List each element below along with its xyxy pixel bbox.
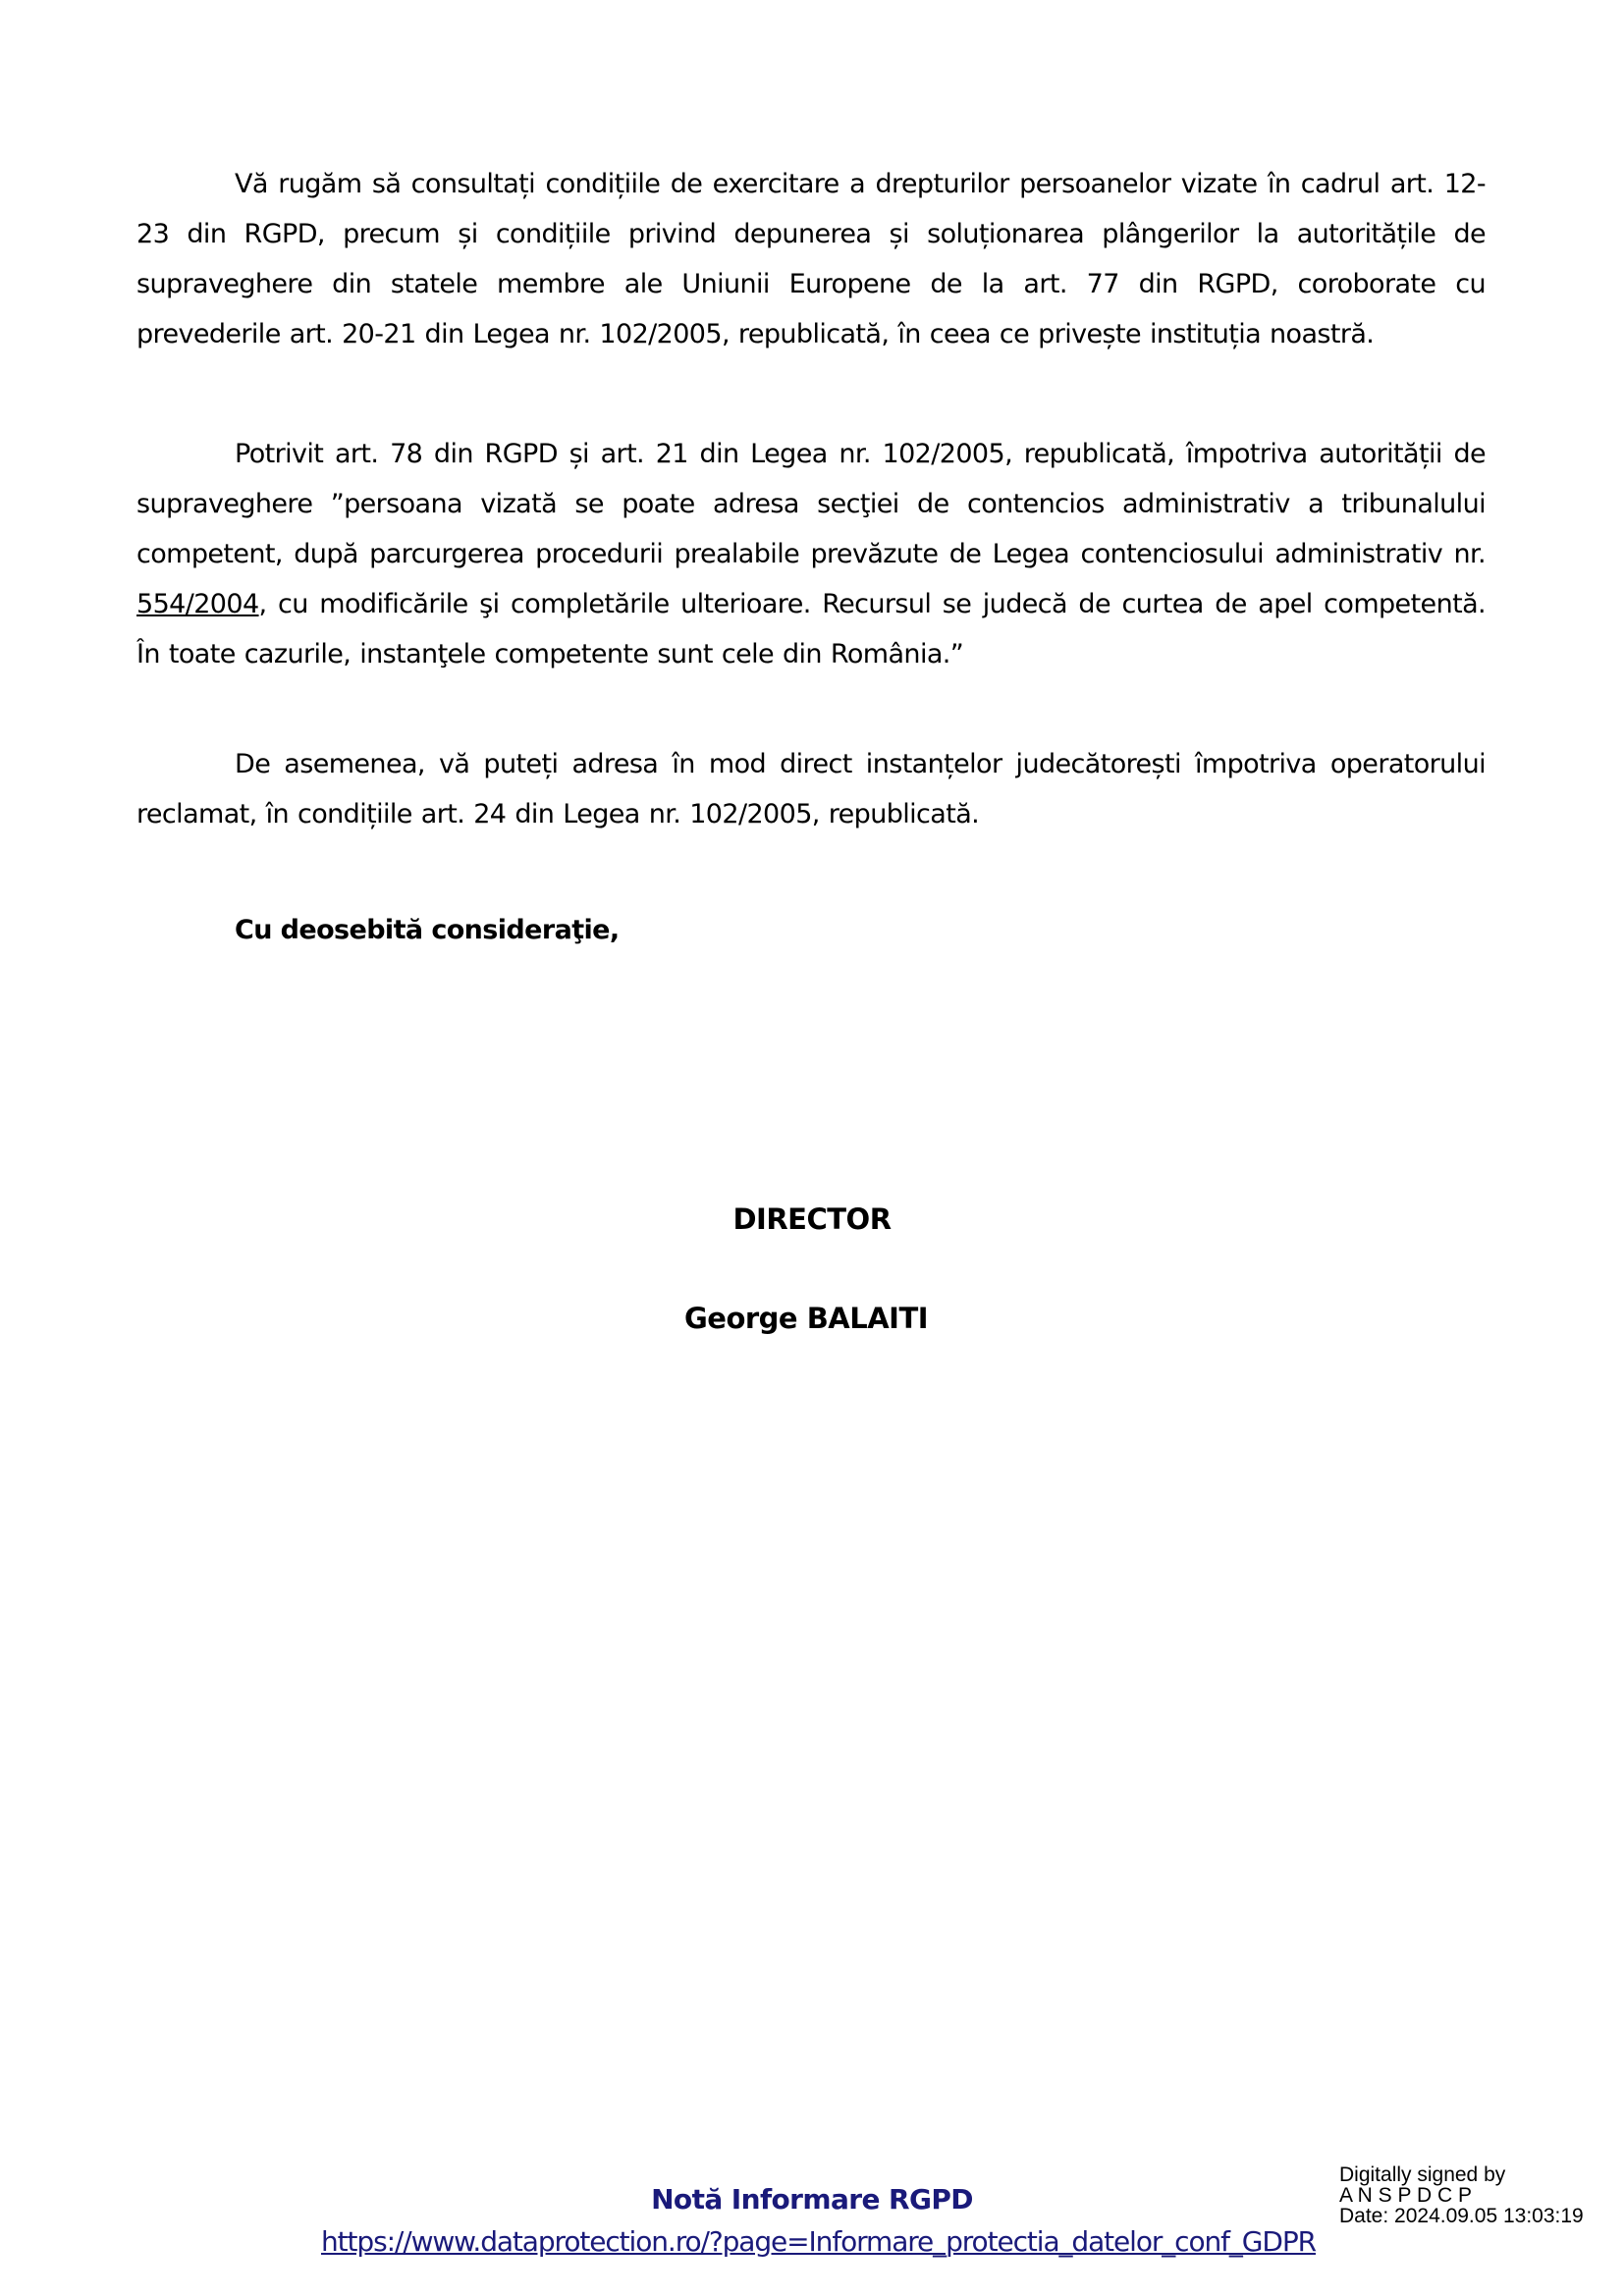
- digital-signature-label: Digitally signed by: [1339, 2164, 1584, 2185]
- digital-signature-signer: A N S P D C P: [1339, 2185, 1584, 2206]
- digital-signature-date: Date: 2024.09.05 13:03:19: [1339, 2206, 1584, 2226]
- paragraph-appeal-info: Potrivit art. 78 din RGPD și art. 21 din…: [136, 429, 1486, 679]
- paragraph-text: Potrivit art. 78 din RGPD și art. 21 din…: [136, 429, 1486, 679]
- signer-title: DIRECTOR: [3, 1200, 1621, 1239]
- document-page: Vă rugăm să consultați condițiile de exe…: [0, 0, 1624, 2296]
- closing-salutation: Cu deosebită consideraţie,: [235, 911, 620, 950]
- paragraph-text: Vă rugăm să consultați condițiile de exe…: [136, 159, 1486, 359]
- footer-gdpr-link[interactable]: https://www.dataprotection.ro/?page=Info…: [321, 2224, 1316, 2260]
- law-reference-link[interactable]: 554/2004: [136, 589, 259, 619]
- paragraph-text: De asemenea, vă puteți adresa în mod dir…: [136, 739, 1486, 839]
- paragraph-text-after-link: , cu modificările şi completările ulteri…: [136, 589, 1486, 669]
- paragraph-court-info: De asemenea, vă puteți adresa în mod dir…: [136, 739, 1486, 839]
- paragraph-rights-info: Vă rugăm să consultați condițiile de exe…: [136, 159, 1486, 359]
- signer-name: George BALAITI: [0, 1299, 1618, 1338]
- digital-signature-stamp: Digitally signed by A N S P D C P Date: …: [1339, 2164, 1584, 2226]
- paragraph-text-before-link: Potrivit art. 78 din RGPD și art. 21 din…: [136, 439, 1486, 569]
